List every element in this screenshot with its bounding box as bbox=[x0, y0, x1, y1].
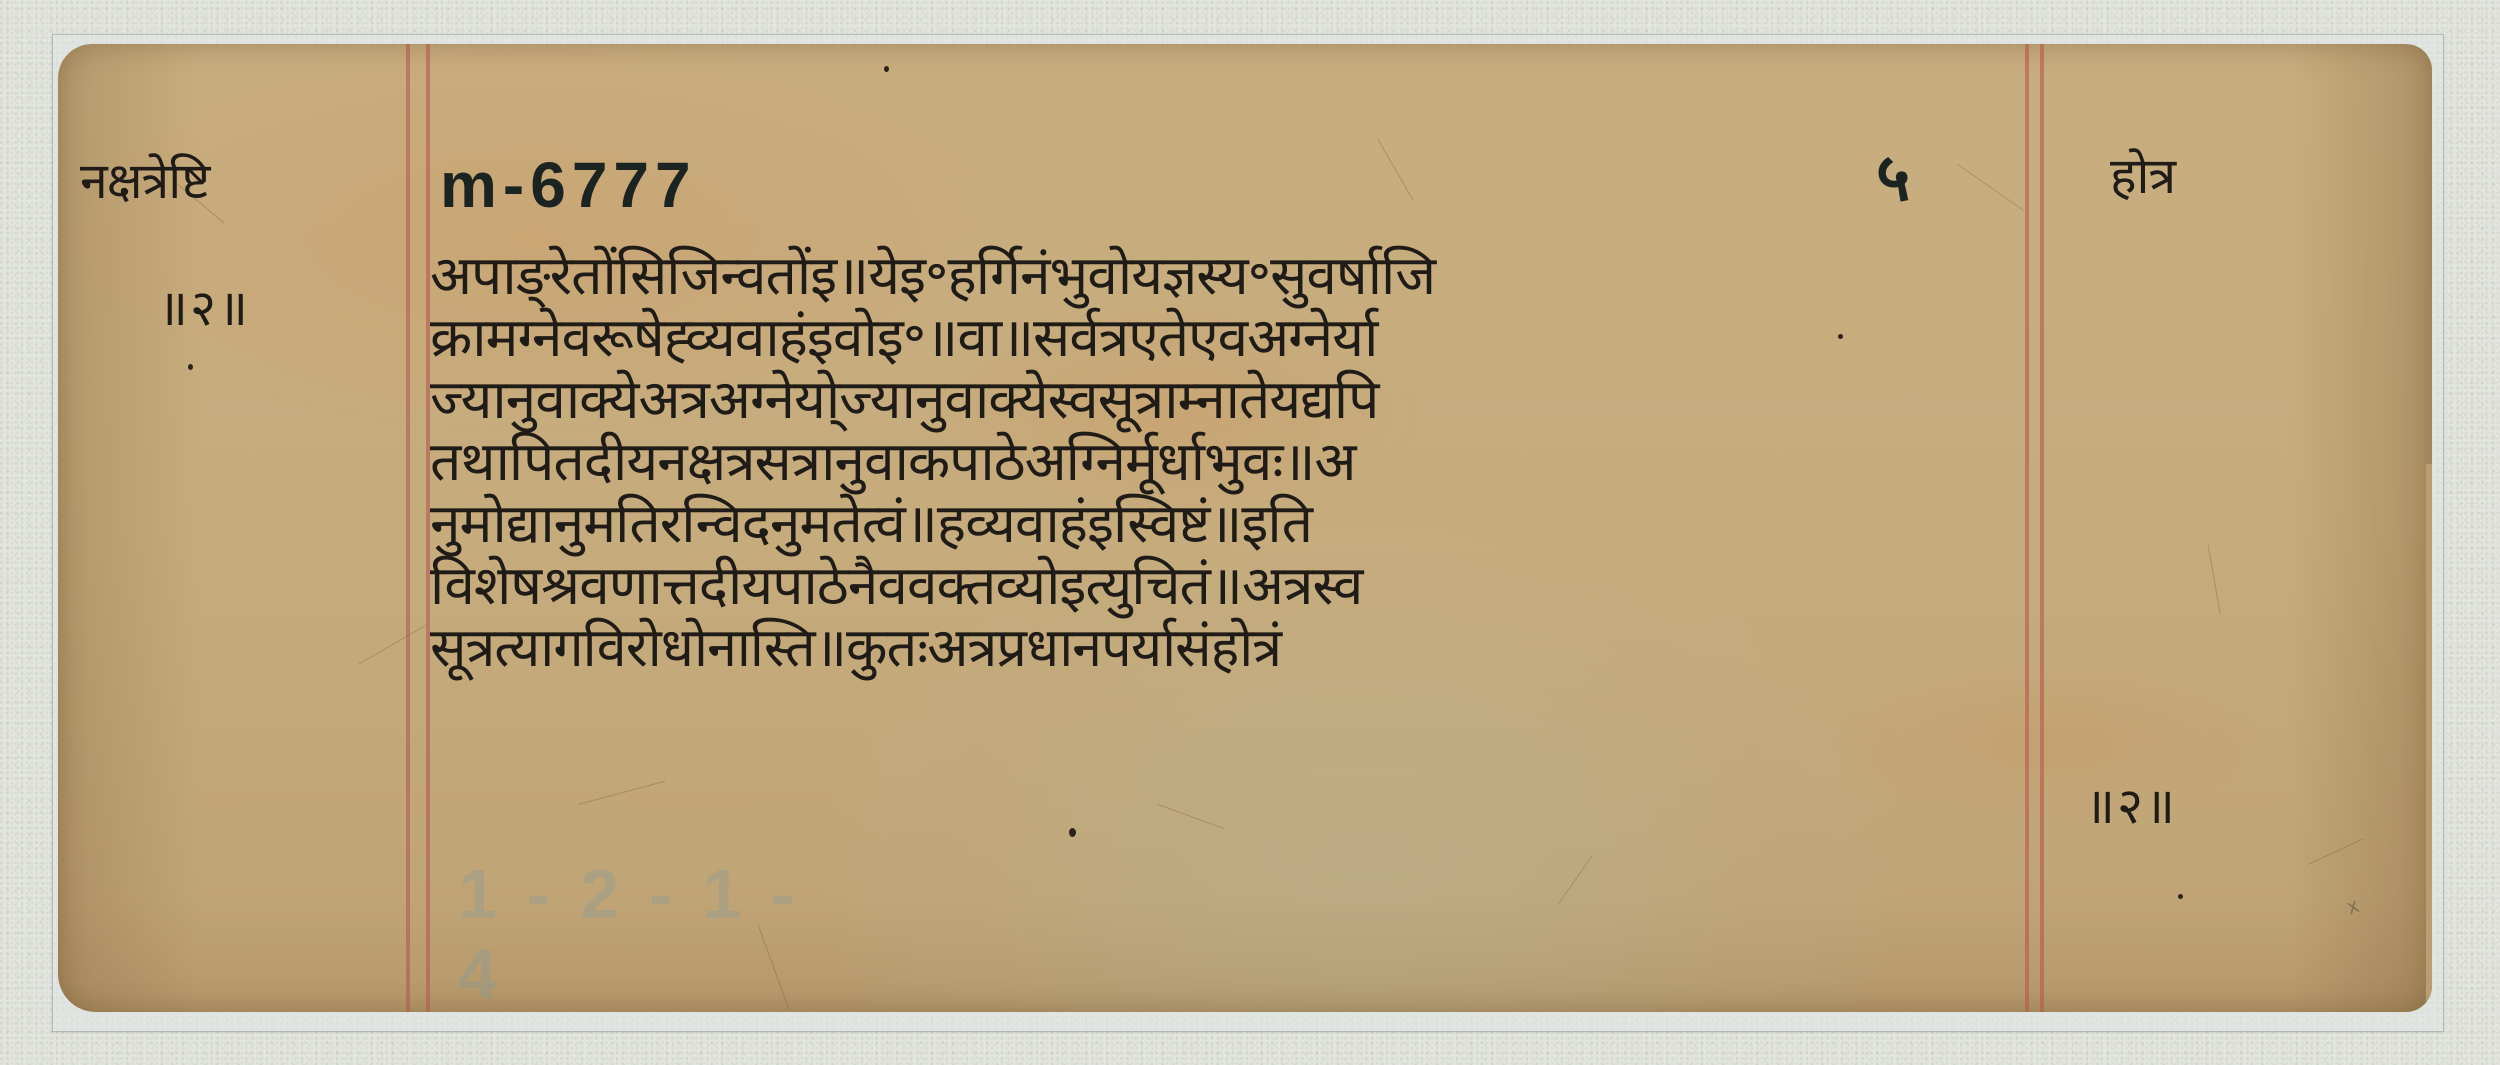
folio-number: ५ bbox=[1876, 130, 1910, 220]
text-line-7: सूत्रत्यागविरोधोनास्ति॥कुतःअत्रप्रधानपर्… bbox=[430, 617, 2030, 679]
ink-speck bbox=[2178, 894, 2183, 899]
ink-speck bbox=[188, 364, 193, 370]
text-line-4: तथापितदीयनक्षत्रसत्रानुवाकपाठेअग्निर्मूर… bbox=[430, 431, 2062, 493]
left-ruling-line-outer bbox=[406, 44, 410, 1012]
text-line-3: ज्यानुवाक्येअत्रअग्नेयो्ज्यानुवाक्येस्वस… bbox=[430, 369, 2062, 431]
text-line-5: नुमोद्यानुमतिरन्विदनुमतेत्वं॥हव्यवाहंइस्… bbox=[430, 493, 2062, 555]
text-line-1: अपाङ्‌रेतोंसिजिन्वतोंइ॥येइ॰हर्गिनंभुवोयज… bbox=[430, 245, 2062, 307]
paper-fibre bbox=[1558, 855, 1593, 905]
right-margin-title: होत्र bbox=[2110, 140, 2175, 208]
leaf-edge-notch bbox=[2426, 464, 2432, 1012]
left-folio-marker: ॥२॥ bbox=[158, 272, 250, 340]
shelfmark-number: m-6777 bbox=[440, 148, 697, 222]
paper-fibre bbox=[1378, 139, 1414, 200]
paper-fibre bbox=[358, 624, 428, 665]
paper-fibre bbox=[2308, 839, 2363, 865]
right-folio-marker: ॥२॥ bbox=[2085, 770, 2177, 838]
ink-speck bbox=[1069, 828, 1076, 837]
faint-library-stamp: 1-2-1-4 bbox=[458, 854, 838, 944]
text-line-2: क्रामग्नेवरूषेह्व्यवाहंइवोइ॰॥वा॥सर्वत्रए… bbox=[430, 307, 2062, 369]
text-line-6: विशेषश्रवणात्तदीयपाठेनैववक्तव्योइत्युचित… bbox=[430, 555, 2062, 617]
paper-fibre bbox=[1158, 804, 1224, 829]
ink-speck bbox=[884, 66, 889, 72]
paper-fibre bbox=[578, 781, 665, 805]
paper-fibre bbox=[2208, 544, 2221, 613]
paper-fibre bbox=[1958, 164, 2024, 211]
manuscript-text-block: अपाङ्‌रेतोंसिजिन्वतोंइ॥येइ॰हर्गिनंभुवोयज… bbox=[430, 245, 2030, 679]
left-margin-title: नक्षत्रेष्टि bbox=[80, 145, 209, 213]
